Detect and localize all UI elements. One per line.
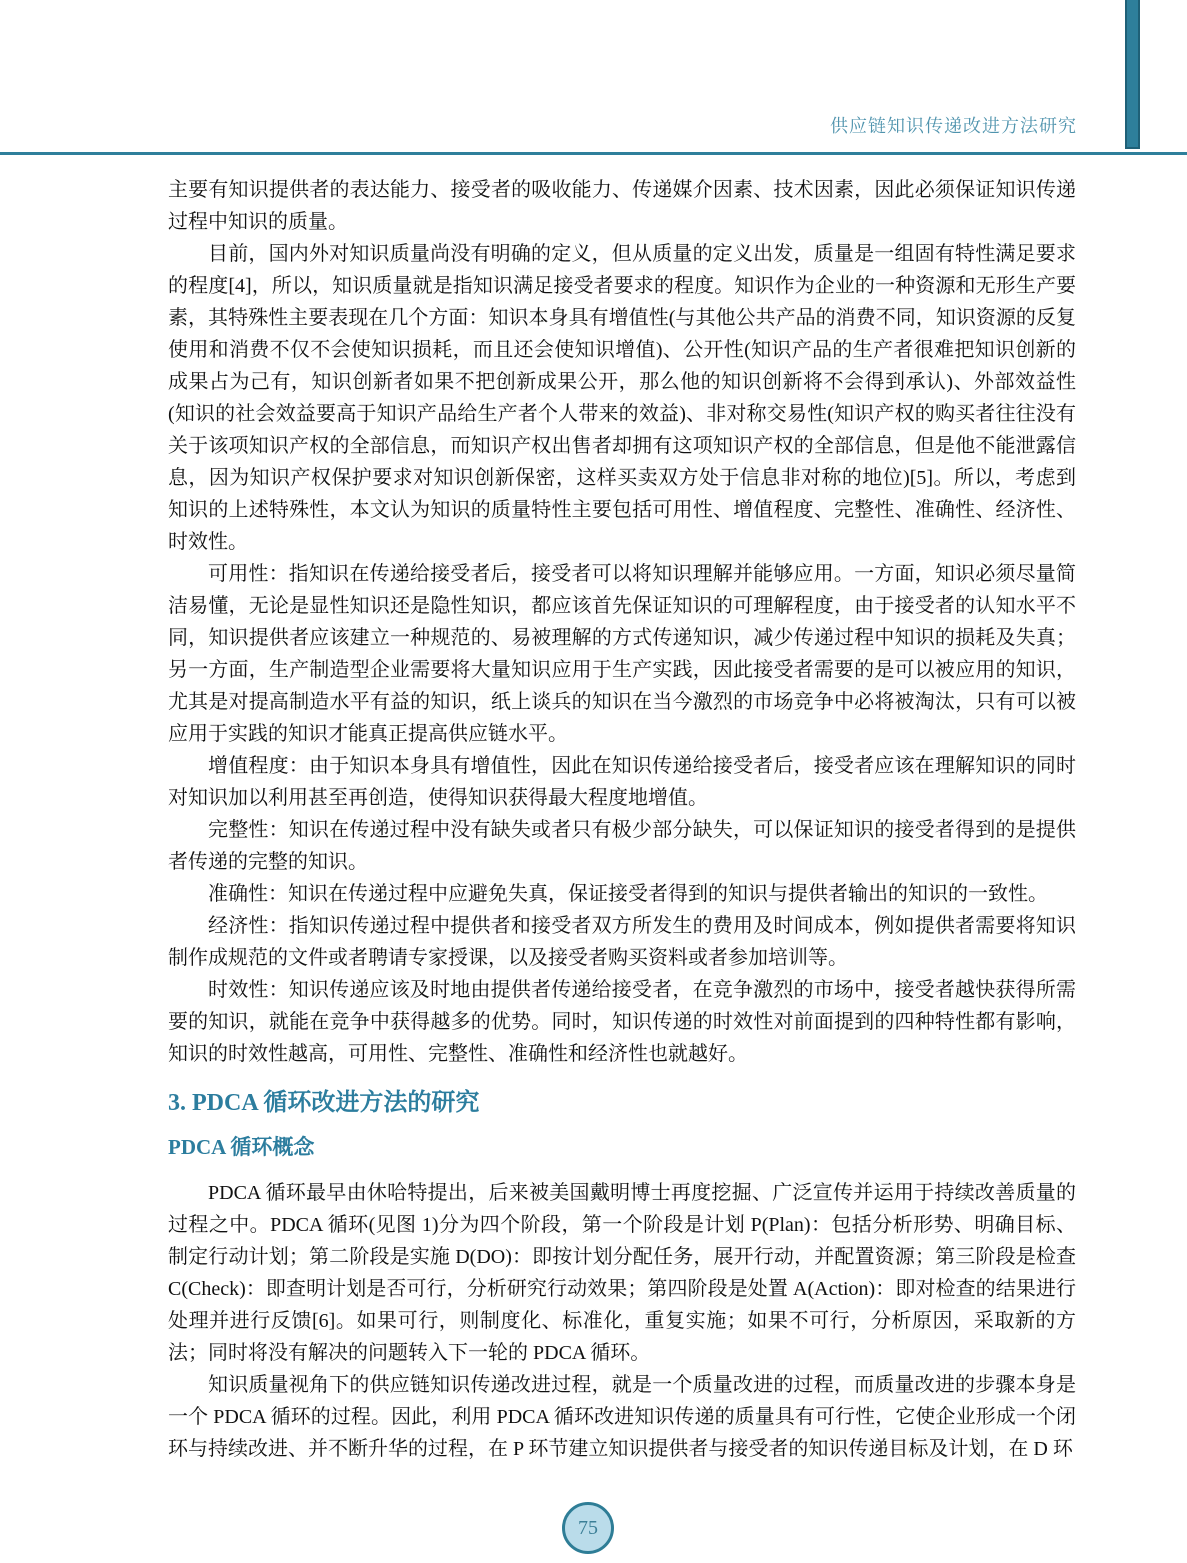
subsection-heading: PDCA 循环概念 xyxy=(168,1134,1076,1161)
paper-page: 供应链知识传递改进方法研究 主要有知识提供者的表达能力、接受者的吸收能力、传递媒… xyxy=(0,0,1187,1563)
body-paragraph: 准确性：知识在传递过程中应避免失真，保证接受者得到的知识与提供者输出的知识的一致… xyxy=(168,878,1076,910)
body-paragraph: 增值程度：由于知识本身具有增值性，因此在知识传递给接受者后，接受者应该在理解知识… xyxy=(168,750,1076,814)
body-paragraph: 时效性：知识传递应该及时地由提供者传递给接受者，在竞争激烈的市场中，接受者越快获… xyxy=(168,974,1076,1070)
page-number-badge: 75 xyxy=(562,1502,614,1554)
body-paragraph: PDCA 循环最早由休哈特提出，后来被美国戴明博士再度挖掘、广泛宣传并运用于持续… xyxy=(168,1177,1076,1369)
body-paragraph: 目前，国内外对知识质量尚没有明确的定义，但从质量的定义出发，质量是一组固有特性满… xyxy=(168,238,1076,558)
body-paragraph: 可用性：指知识在传递给接受者后，接受者可以将知识理解并能够应用。一方面，知识必须… xyxy=(168,558,1076,750)
header-rule xyxy=(0,152,1187,155)
section-heading: 3. PDCA 循环改进方法的研究 xyxy=(168,1088,1076,1118)
body-paragraph: 知识质量视角下的供应链知识传递改进过程，就是一个质量改进的过程，而质量改进的步骤… xyxy=(168,1369,1076,1465)
body-paragraph: 经济性：指知识传递过程中提供者和接受者双方所发生的费用及时间成本，例如提供者需要… xyxy=(168,910,1076,974)
header-accent-bar xyxy=(1125,0,1140,149)
body-paragraph: 完整性：知识在传递过程中没有缺失或者只有极少部分缺失，可以保证知识的接受者得到的… xyxy=(168,814,1076,878)
body-paragraph: 主要有知识提供者的表达能力、接受者的吸收能力、传递媒介因素、技术因素，因此必须保… xyxy=(168,174,1076,238)
running-header-title: 供应链知识传递改进方法研究 xyxy=(830,112,1077,138)
page-number: 75 xyxy=(578,1517,598,1540)
body-text-column: 主要有知识提供者的表达能力、接受者的吸收能力、传递媒介因素、技术因素，因此必须保… xyxy=(168,174,1076,1465)
